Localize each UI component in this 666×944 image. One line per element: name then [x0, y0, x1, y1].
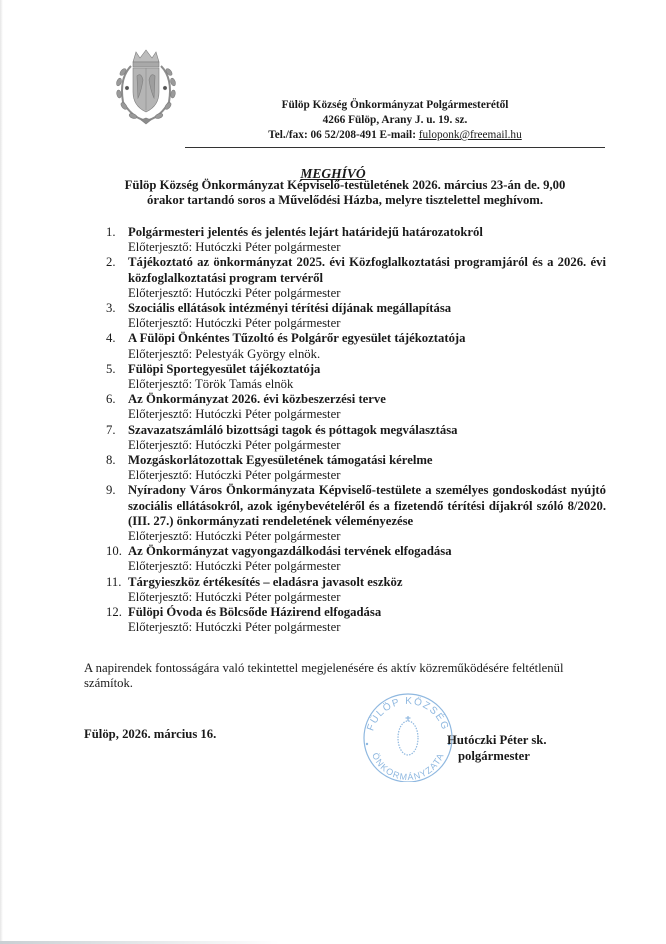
agenda-item: 6.Az Önkormányzat 2026. évi közbeszerzés…	[106, 392, 626, 422]
letterhead-address: 4266 Fülöp, Arany J. u. 19. sz.	[185, 113, 605, 128]
signature-block: Hutóczki Péter sk. polgármester	[447, 733, 547, 764]
letterhead-contact: Tel./fax: 06 52/208-491 E-mail: fuloponk…	[185, 128, 605, 143]
letterhead-email-link[interactable]: fuloponk@freemail.hu	[419, 129, 522, 141]
agenda-item: 10.Az Önkormányzat vagyongazdálkodási te…	[106, 544, 626, 574]
agenda-item: 12.Fülöpi Óvoda és Bölcsőde Házirend elf…	[106, 605, 626, 635]
agenda-item-number: 8.	[106, 453, 116, 468]
agenda-item-title: Nyíradony Város Önkormányzata Képviselő-…	[128, 483, 606, 529]
agenda-item-title: Szociális ellátások intézményi térítési …	[128, 301, 626, 316]
svg-text:ÖNKORMÁNYZATA: ÖNKORMÁNYZATA	[370, 751, 446, 782]
agenda-item-title: A Fülöpi Önkéntes Tűzoltó és Polgárőr eg…	[128, 331, 626, 346]
agenda-item-number: 2.	[106, 255, 116, 270]
agenda-item: 4.A Fülöpi Önkéntes Tűzoltó és Polgárőr …	[106, 331, 626, 361]
closing-paragraph: A napirendek fontosságára való tekintett…	[84, 661, 614, 691]
letterhead-office: Fülöp Község Önkormányzat Polgármesterét…	[185, 98, 605, 113]
signatory-name: Hutóczki Péter sk.	[447, 733, 547, 747]
agenda-item-number: 6.	[106, 392, 116, 407]
agenda-item: 11.Tárgyieszköz értékesítés – eladásra j…	[106, 575, 626, 605]
agenda-item: 2.Tájékoztató az önkormányzat 2025. évi …	[106, 255, 626, 301]
agenda-item-presenter: Előterjesztő: Pelestyák György elnök.	[128, 347, 626, 362]
agenda-item-title: Polgármesteri jelentés és jelentés lejár…	[128, 225, 626, 240]
agenda-item: 9.Nyíradony Város Önkormányzata Képvisel…	[106, 483, 626, 544]
agenda-item-number: 4.	[106, 331, 116, 346]
agenda-item-title: Fülöpi Sportegyesület tájékoztatója	[128, 362, 626, 377]
agenda-item-presenter: Előterjesztő: Hutóczki Péter polgármeste…	[128, 529, 626, 544]
letterhead: Fülöp Község Önkormányzat Polgármesterét…	[185, 98, 605, 143]
agenda-item: 8.Mozgáskorlátozottak Egyesületének támo…	[106, 453, 626, 483]
svg-text:FÜLÖP KÖZSÉG: FÜLÖP KÖZSÉG	[365, 695, 450, 732]
invitation-intro: Fülöp Község Önkormányzat Képviselő-test…	[80, 178, 610, 208]
agenda-item: 3.Szociális ellátások intézményi térítés…	[106, 301, 626, 331]
agenda-item-title: Tárgyieszköz értékesítés – eladásra java…	[128, 575, 626, 590]
agenda-item-number: 10.	[106, 544, 122, 559]
scan-edge-shadow	[0, 0, 3, 944]
agenda-item: 5.Fülöpi Sportegyesület tájékoztatójaElő…	[106, 362, 626, 392]
agenda-item-title: Mozgáskorlátozottak Egyesületének támoga…	[128, 453, 626, 468]
agenda-item-presenter: Előterjesztő: Hutóczki Péter polgármeste…	[128, 286, 626, 301]
coat-of-arms-icon	[113, 48, 179, 128]
agenda-item-title: Szavazatszámláló bizottsági tagok és pót…	[128, 423, 626, 438]
letterhead-divider	[185, 147, 605, 148]
agenda-item-presenter: Előterjesztő: Hutóczki Péter polgármeste…	[128, 240, 626, 255]
agenda-item-presenter: Előterjesztő: Hutóczki Péter polgármeste…	[128, 468, 626, 483]
agenda-item-presenter: Előterjesztő: Hutóczki Péter polgármeste…	[128, 316, 626, 331]
agenda-item-presenter: Előterjesztő: Hutóczki Péter polgármeste…	[128, 438, 626, 453]
agenda-list: 1.Polgármesteri jelentés és jelentés lej…	[106, 225, 626, 635]
agenda-item-number: 5.	[106, 362, 116, 377]
agenda-item-number: 1.	[106, 225, 116, 240]
letterhead-phone: Tel./fax: 06 52/208-491 E-mail:	[268, 129, 419, 141]
agenda-item-presenter: Előterjesztő: Hutóczki Péter polgármeste…	[128, 590, 626, 605]
agenda-item: 1.Polgármesteri jelentés és jelentés lej…	[106, 225, 626, 255]
official-stamp-icon: FÜLÖP KÖZSÉG ÖNKORMÁNYZATA	[358, 690, 458, 782]
place-and-date: Fülöp, 2026. március 16.	[84, 727, 216, 742]
agenda-item-number: 12.	[106, 605, 122, 620]
agenda-item-presenter: Előterjesztő: Hutóczki Péter polgármeste…	[128, 407, 626, 422]
agenda-item-presenter: Előterjesztő: Török Tamás elnök	[128, 377, 626, 392]
agenda-item-title: Fülöpi Óvoda és Bölcsőde Házirend elfoga…	[128, 605, 626, 620]
agenda-item-number: 7.	[106, 423, 116, 438]
agenda-item-presenter: Előterjesztő: Hutóczki Péter polgármeste…	[128, 620, 626, 635]
agenda-item-title: Az Önkormányzat vagyongazdálkodási tervé…	[128, 544, 626, 559]
agenda-item-title: Tájékoztató az önkormányzat 2025. évi Kö…	[128, 255, 606, 285]
agenda-item-title: Az Önkormányzat 2026. évi közbeszerzési …	[128, 392, 626, 407]
agenda-item-number: 11.	[106, 575, 121, 590]
agenda-item: 7.Szavazatszámláló bizottsági tagok és p…	[106, 423, 626, 453]
agenda-item-number: 9.	[106, 483, 116, 498]
agenda-item-number: 3.	[106, 301, 116, 316]
agenda-item-presenter: Előterjesztő: Hutóczki Péter polgármeste…	[128, 559, 626, 574]
signatory-role: polgármester	[447, 749, 547, 765]
